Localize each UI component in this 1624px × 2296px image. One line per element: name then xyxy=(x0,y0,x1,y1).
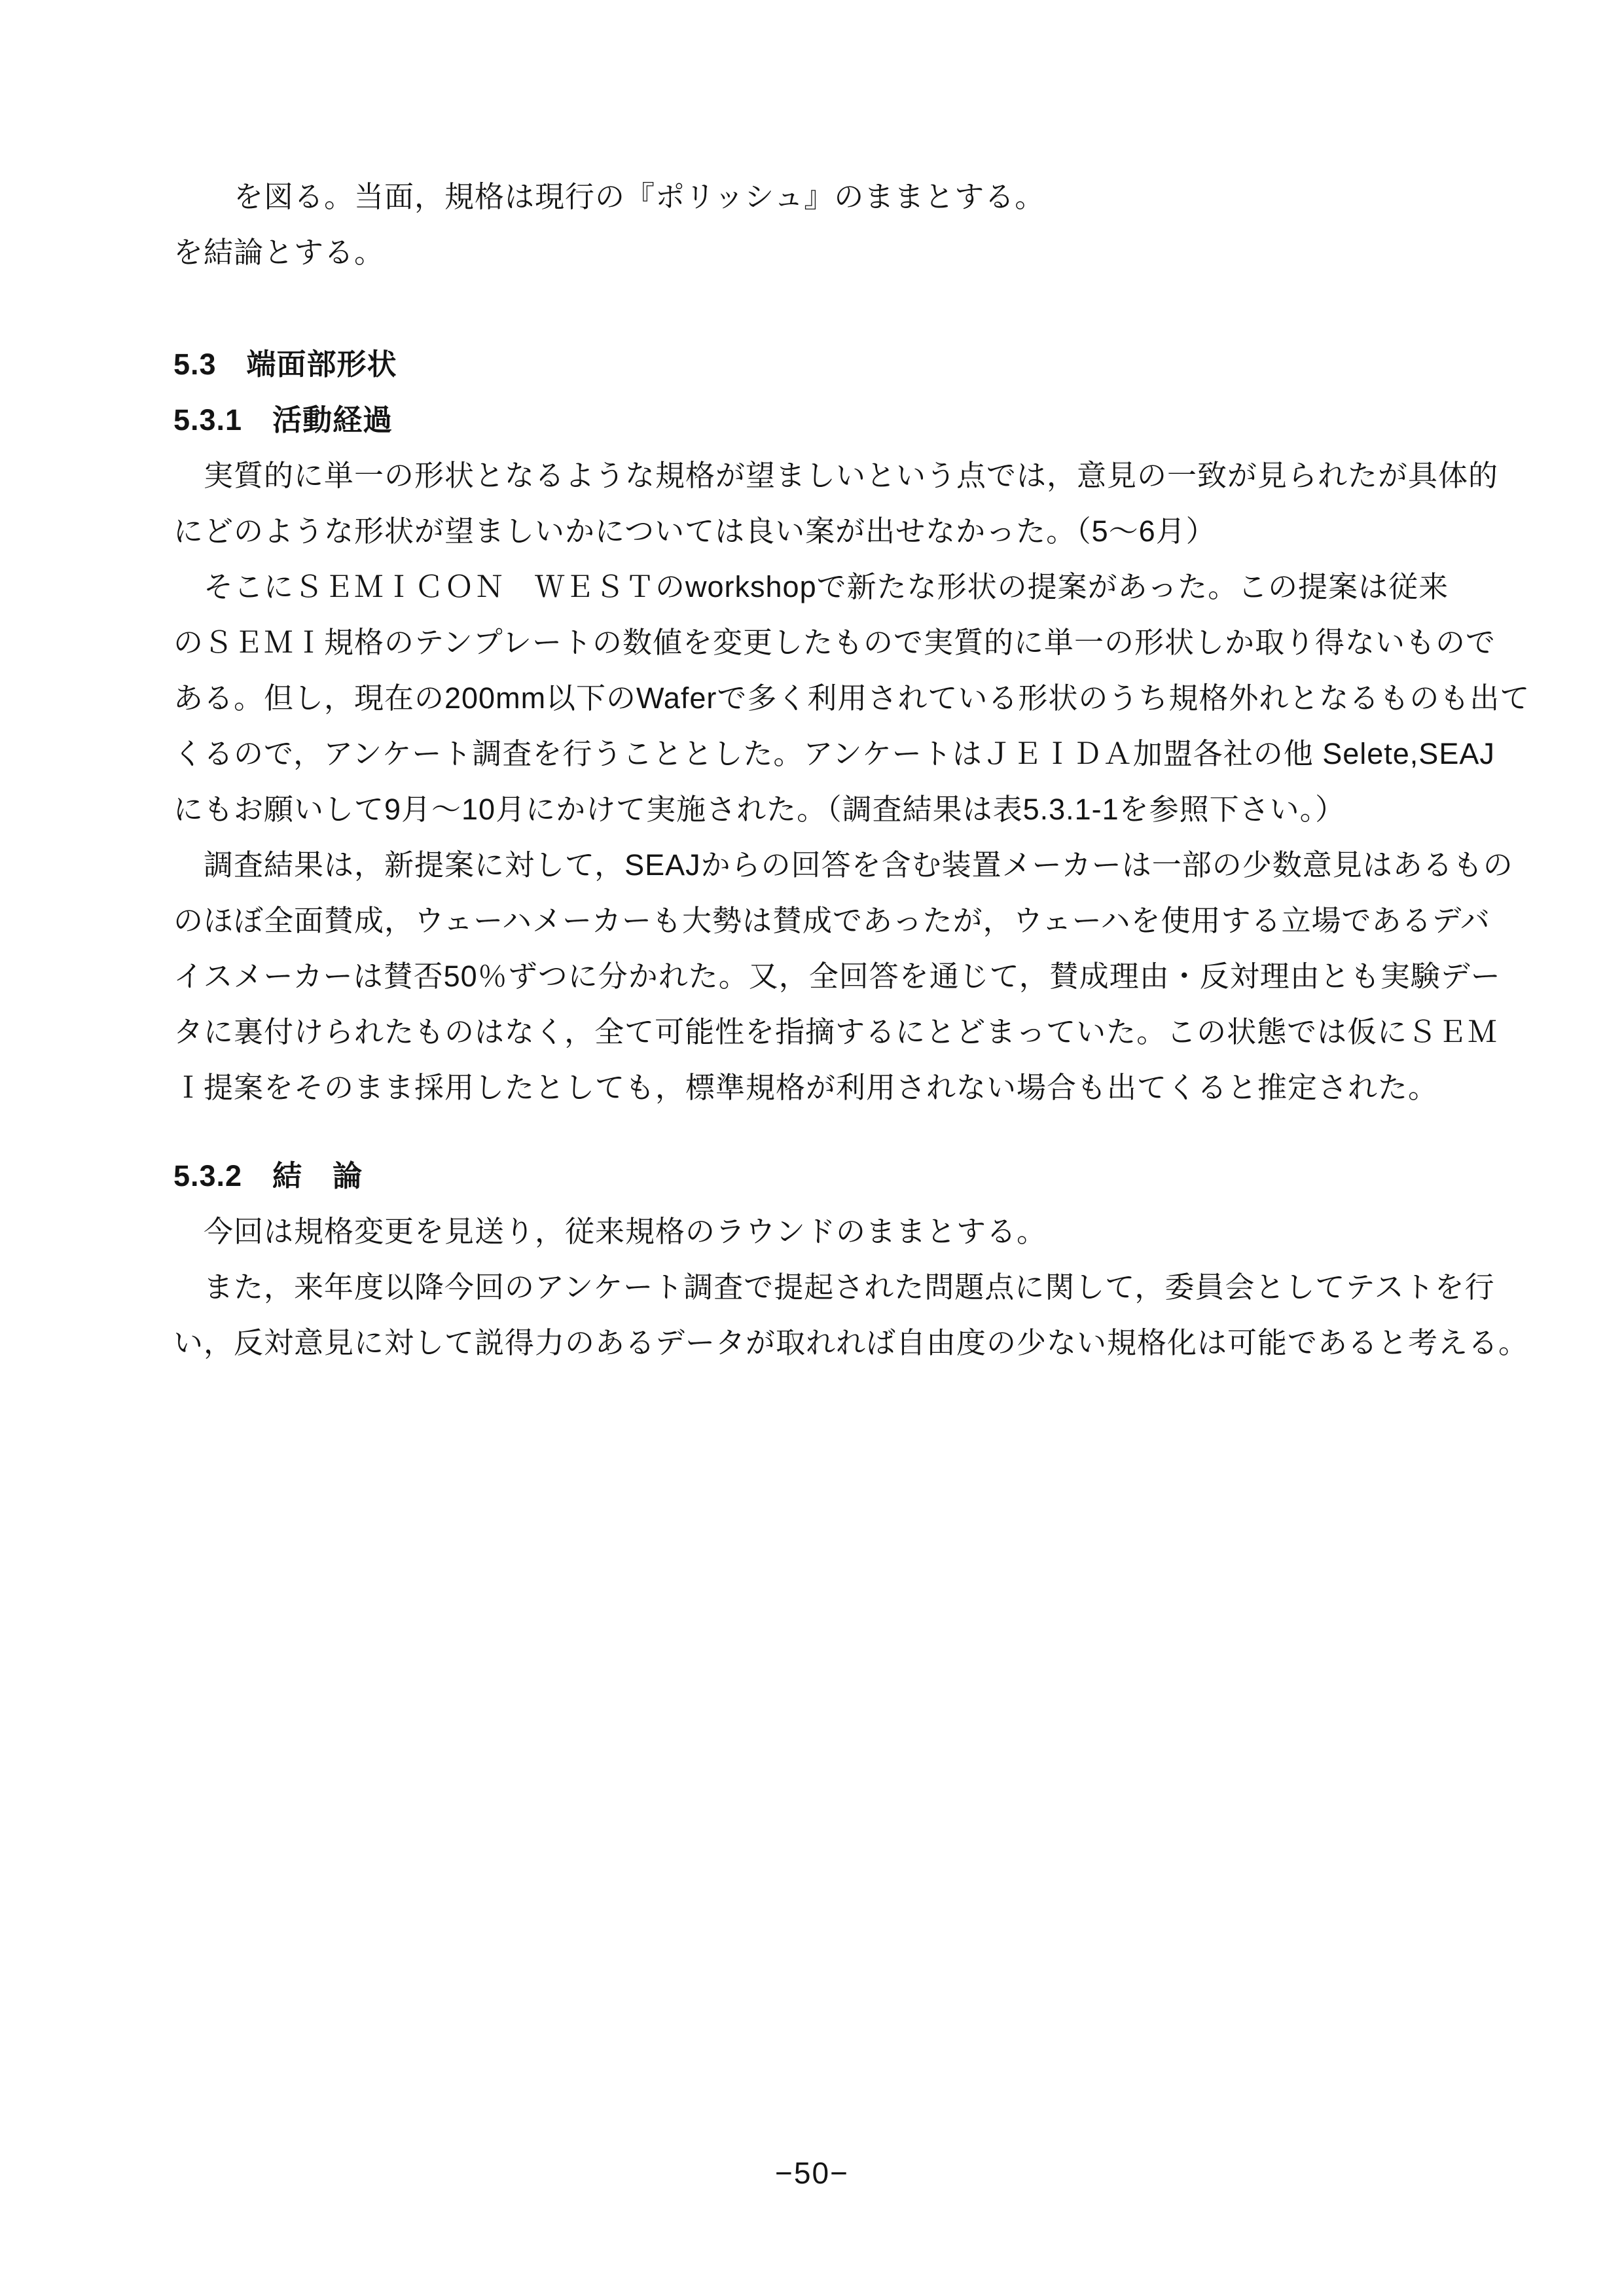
paragraph-line: また，来年度以降今回のアンケート調査で提起された問題点に関して，委員会としてテス… xyxy=(173,1259,1476,1315)
text-column: を図る。当面，規格は現行の『ポリッシュ』のままとする。 を結論とする。 5.3 … xyxy=(173,0,1476,1371)
paragraph-line: 実質的に単一の形状となるような規格が望ましいという点では，意見の一致が見られたが… xyxy=(173,448,1476,503)
paragraph-line: のほぼ全面賛成，ウェーハメーカーも大勢は賛成であったが，ウェーハを使用する立場で… xyxy=(173,893,1476,948)
paragraph-line: ある。但し，現在の200mm以下のWaferで多く利用されている形状のうち規格外… xyxy=(173,670,1476,726)
page-number: −50− xyxy=(0,2153,1624,2193)
paragraph-line: Ｉ提案をそのまま採用したとしても，標準規格が利用されない場合も出てくると推定され… xyxy=(173,1060,1476,1115)
intro-line: を図る。当面，規格は現行の『ポリッシュ』のままとする。 xyxy=(173,169,1476,224)
paragraph-line: にどのような形状が望ましいかについては良い案が出せなかった。（5～6月） xyxy=(173,503,1476,559)
paragraph-line: イスメーカーは賛否50％ずつに分かれた。又，全回答を通じて，賛成理由・反対理由と… xyxy=(173,948,1476,1004)
paragraph-line: 今回は規格変更を見送り，従来規格のラウンドのままとする。 xyxy=(173,1204,1476,1259)
section-5-3-1-heading: 5.3.1 活動経過 xyxy=(173,392,1476,448)
paragraph-line: 調査結果は，新提案に対して，SEAJからの回答を含む装置メーカーは一部の少数意見… xyxy=(173,837,1476,893)
paragraph-line: い，反対意見に対して説得力のあるデータが取れれば自由度の少ない規格化は可能である… xyxy=(173,1315,1476,1371)
intro-line: を結論とする。 xyxy=(173,224,1476,280)
paragraph-line: そこにＳＥＭＩＣＯＮ ＷＥＳＴのworkshopで新たな形状の提案があった。この… xyxy=(173,559,1476,615)
section-5-3-heading: 5.3 端面部形状 xyxy=(173,336,1476,392)
paragraph-line: くるので，アンケート調査を行うこととした。アンケートはＪＥＩＤＡ加盟各社の他 S… xyxy=(173,726,1476,781)
document-page: を図る。当面，規格は現行の『ポリッシュ』のままとする。 を結論とする。 5.3 … xyxy=(0,0,1624,2296)
paragraph-line: タに裏付けられたものはなく，全て可能性を指摘するにとどまっていた。この状態では仮… xyxy=(173,1004,1476,1060)
paragraph-line: にもお願いして9月～10月にかけて実施された。（調査結果は表5.3.1-1を参照… xyxy=(173,781,1476,837)
section-5-3-2-heading: 5.3.2 結 論 xyxy=(173,1148,1476,1204)
paragraph-line: のＳＥＭＩ規格のテンプレートの数値を変更したもので実質的に単一の形状しか取り得な… xyxy=(173,615,1476,670)
